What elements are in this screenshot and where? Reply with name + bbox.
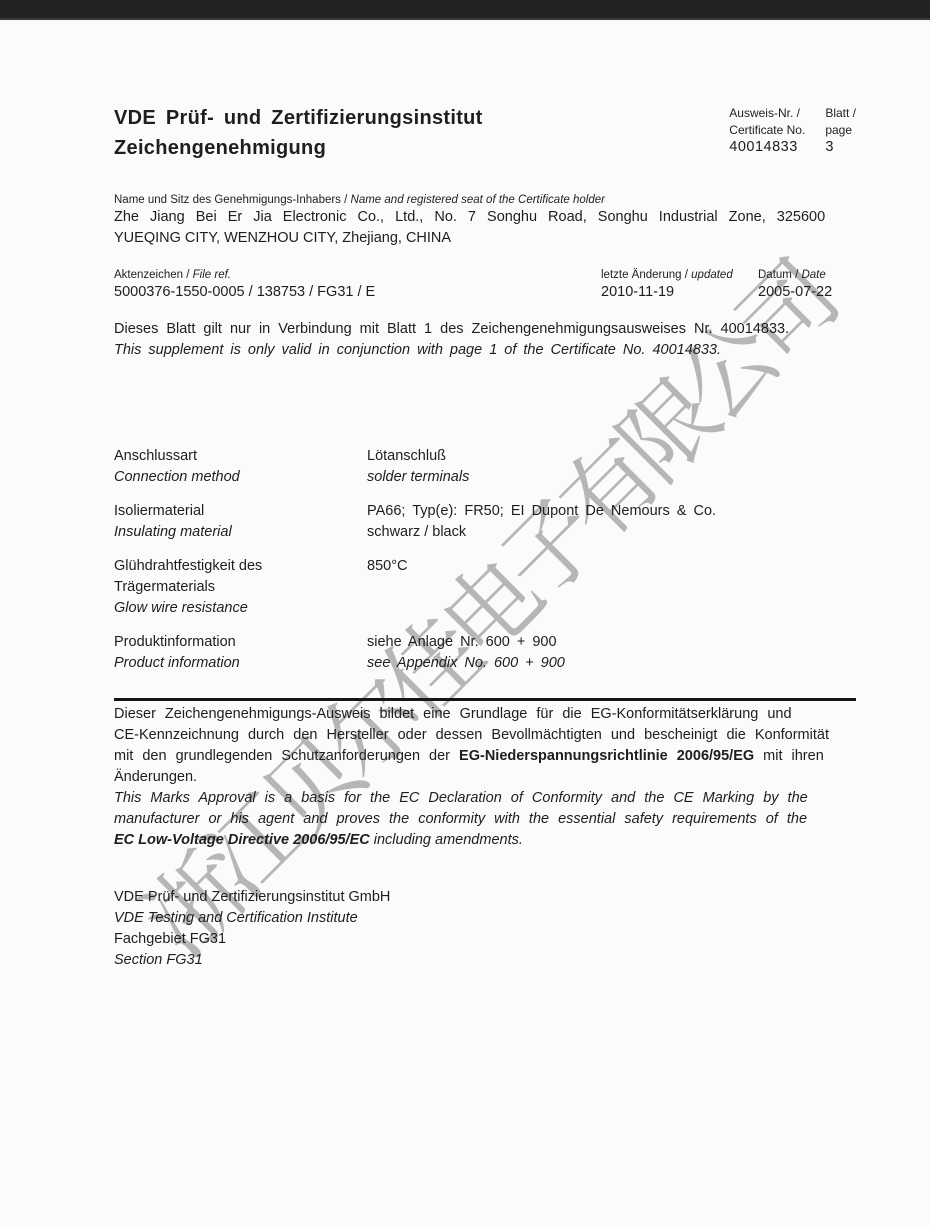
property-label-en: Product information: [114, 653, 367, 674]
property-label-de: Glühdrahtfestigkeit des: [114, 556, 367, 577]
legal-text: This Marks Approval is a basis for the E…: [114, 790, 808, 806]
property-value-en: see Appendix No. 600 + 900: [367, 653, 856, 674]
legal-paragraph-en: This Marks Approval is a basis for the E…: [114, 788, 856, 851]
file-ref-column: Aktenzeichen / File ref. 5000376-1550-00…: [114, 268, 601, 303]
property-label: Isoliermaterial Insulating material: [114, 501, 367, 543]
date-label-de: Datum /: [758, 269, 801, 281]
certificate-number-label-en: Certificate No.: [729, 122, 805, 139]
updated-value: 2010-11-19: [601, 282, 758, 303]
updated-label: letzte Änderung / updated: [601, 268, 758, 282]
institute-signature-block: VDE Prüf- und Zertifizierungsinstitut Gm…: [114, 887, 856, 971]
date-column: Datum / Date 2005-07-22: [758, 268, 856, 303]
file-ref-label-de: Aktenzeichen /: [114, 269, 193, 281]
property-row-connection-method: Anschlussart Connection method Lötanschl…: [114, 446, 856, 488]
property-value-en: solder terminals: [367, 467, 856, 488]
property-label: Anschlussart Connection method: [114, 446, 367, 488]
property-label-en: Insulating material: [114, 522, 367, 543]
holder-address-line-2: YUEQING CITY, WENZHOU CITY, Zhejiang, CH…: [114, 228, 856, 249]
date-value: 2005-07-22: [758, 282, 856, 303]
certificate-number-block: Ausweis-Nr. / Certificate No. 40014833: [729, 105, 805, 156]
legal-text: mit den grundlegenden Schutzanforderunge…: [114, 748, 459, 764]
date-label: Datum / Date: [758, 268, 856, 282]
file-ref-value: 5000376-1550-0005 / 138753 / FG31 / E: [114, 282, 601, 303]
legal-de-line: Dieser Zeichengenehmigungs-Ausweis bilde…: [114, 704, 856, 725]
section-de: Fachgebiet FG31: [114, 929, 856, 950]
legal-text-bold: EG-Niederspannungsrichtlinie 2006/95/EG: [459, 748, 754, 764]
certificate-page: VDE Prüf- und Zertifizierungsinstitut Ze…: [0, 22, 930, 1228]
legal-text-bold: EC Low-Voltage Directive 2006/95/EC: [114, 832, 370, 848]
date-label-en: Date: [801, 269, 825, 281]
property-label-en: Glow wire resistance: [114, 598, 367, 619]
legal-en-line: EC Low-Voltage Directive 2006/95/EC incl…: [114, 830, 856, 851]
property-table: Anschlussart Connection method Lötanschl…: [114, 446, 856, 674]
legal-text: mit ihren: [754, 748, 824, 764]
property-label-de-line2: Trägermaterials: [114, 577, 367, 598]
holder-label: Name und Sitz des Genehmigungs-Inhabers …: [114, 193, 856, 207]
property-row-insulating-material: Isoliermaterial Insulating material PA66…: [114, 501, 856, 543]
property-row-product-information: Produktinformation Product information s…: [114, 632, 856, 674]
legal-paragraph-de: Dieser Zeichengenehmigungs-Ausweis bilde…: [114, 704, 856, 788]
file-reference-block: Aktenzeichen / File ref. 5000376-1550-00…: [114, 268, 856, 303]
legal-de-line: mit den grundlegenden Schutzanforderunge…: [114, 746, 856, 767]
institute-name-de: VDE Prüf- und Zertifizierungsinstitut Gm…: [114, 887, 856, 908]
separator-rule: [114, 698, 856, 701]
certificate-number-label-de: Ausweis-Nr. /: [729, 105, 805, 122]
property-label-de: Produktinformation: [114, 632, 367, 653]
file-ref-label-en: File ref.: [193, 269, 231, 281]
updated-label-de: letzte Änderung /: [601, 269, 691, 281]
property-value-de: Lötanschluß: [367, 446, 856, 467]
sheet-number-value: 3: [825, 139, 856, 156]
scan-top-border: [0, 0, 930, 20]
property-value: 850°C: [367, 556, 856, 619]
file-ref-label: Aktenzeichen / File ref.: [114, 268, 601, 282]
property-value-de: 850°C: [367, 556, 856, 577]
legal-de-line: CE-Kennzeichnung durch den Hersteller od…: [114, 725, 856, 746]
legal-text: Dieser Zeichengenehmigungs-Ausweis bilde…: [114, 706, 792, 722]
property-label: Produktinformation Product information: [114, 632, 367, 674]
updated-label-en: updated: [691, 269, 733, 281]
property-value: PA66; Typ(e): FR50; EI Dupont De Nemours…: [367, 501, 856, 543]
legal-text: Änderungen.: [114, 769, 197, 785]
holder-address-line-1: Zhe Jiang Bei Er Jia Electronic Co., Ltd…: [114, 207, 856, 228]
legal-text: including amendments.: [370, 832, 523, 848]
legal-de-line: Änderungen.: [114, 767, 856, 788]
sheet-number-block: Blatt / page 3: [825, 105, 856, 156]
legal-en-line: manufacturer or his agent and proves the…: [114, 809, 856, 830]
legal-en-line: This Marks Approval is a basis for the E…: [114, 788, 856, 809]
section-en: Section FG31: [114, 950, 856, 971]
property-value: Lötanschluß solder terminals: [367, 446, 856, 488]
document-title: VDE Prüf- und Zertifizierungsinstitut Ze…: [114, 103, 483, 163]
legal-text: manufacturer or his agent and proves the…: [114, 811, 807, 827]
legal-text: CE-Kennzeichnung durch den Hersteller od…: [114, 727, 829, 743]
property-value-de: siehe Anlage Nr. 600 + 900: [367, 632, 856, 653]
property-label-de: Anschlussart: [114, 446, 367, 467]
header-reference-columns: Ausweis-Nr. / Certificate No. 40014833 B…: [729, 103, 856, 156]
property-label: Glühdrahtfestigkeit des Trägermaterials …: [114, 556, 367, 619]
validity-note: Dieses Blatt gilt nur in Verbindung mit …: [114, 319, 856, 361]
validity-note-de: Dieses Blatt gilt nur in Verbindung mit …: [114, 319, 856, 340]
certificate-holder-block: Name und Sitz des Genehmigungs-Inhabers …: [114, 193, 856, 249]
institute-name-en: VDE Testing and Certification Institute: [114, 908, 856, 929]
certificate-number-value: 40014833: [729, 139, 805, 156]
title-line-1: VDE Prüf- und Zertifizierungsinstitut: [114, 103, 483, 133]
holder-label-de: Name und Sitz des Genehmigungs-Inhabers …: [114, 194, 351, 206]
header: VDE Prüf- und Zertifizierungsinstitut Ze…: [114, 103, 856, 163]
property-value-de: PA66; Typ(e): FR50; EI Dupont De Nemours…: [367, 501, 856, 522]
sheet-label-en: page: [825, 122, 856, 139]
title-line-2: Zeichengenehmigung: [114, 133, 483, 163]
property-row-glow-wire-resistance: Glühdrahtfestigkeit des Trägermaterials …: [114, 556, 856, 619]
sheet-label-de: Blatt /: [825, 105, 856, 122]
property-label-de: Isoliermaterial: [114, 501, 367, 522]
validity-note-en: This supplement is only valid in conjunc…: [114, 340, 856, 361]
holder-label-en: Name and registered seat of the Certific…: [351, 194, 605, 206]
updated-column: letzte Änderung / updated 2010-11-19: [601, 268, 758, 303]
property-label-en: Connection method: [114, 467, 367, 488]
property-value: siehe Anlage Nr. 600 + 900 see Appendix …: [367, 632, 856, 674]
property-value-en: schwarz / black: [367, 522, 856, 543]
